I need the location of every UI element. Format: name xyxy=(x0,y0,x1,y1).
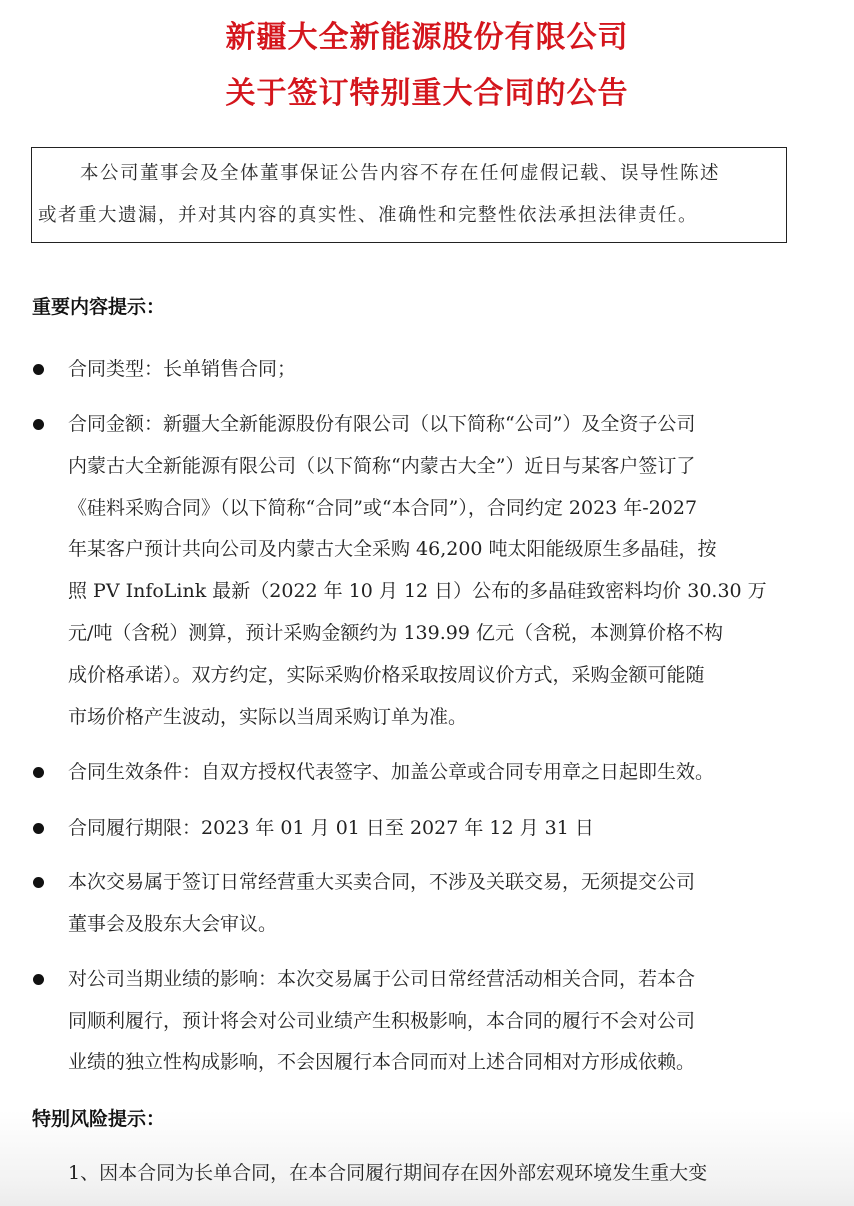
bullet-icon xyxy=(33,974,44,985)
contract-amount-line-4: 年某客户预计共向公司及内蒙古大全采购 46,200 吨太阳能级原生多晶硅，按 xyxy=(68,536,717,562)
contract-amount-line-1: 合同金额：新疆大全新能源股份有限公司（以下简称“公司”）及全资子公司 xyxy=(68,411,695,437)
bullet-icon xyxy=(33,877,44,888)
contract-amount-line-2: 内蒙古大全新能源有限公司（以下简称“内蒙古大全”）近日与某客户签订了 xyxy=(68,453,695,479)
effective-conditions-line: 合同生效条件：自双方授权代表签字、加盖公章或合同专用章之日起即生效。 xyxy=(68,759,714,785)
important-content-heading: 重要内容提示： xyxy=(32,294,165,320)
board-guarantee-notice-box: 本公司董事会及全体董事保证公告内容不存在任何虚假记载、误导性陈述 或者重大遗漏，… xyxy=(31,147,787,243)
transaction-nature-line-1: 本次交易属于签订日常经营重大买卖合同，不涉及关联交易，无须提交公司 xyxy=(68,869,695,895)
contract-amount-line-3: 《硅料采购合同》（以下简称“合同”或“本合同”），合同约定 2023 年-202… xyxy=(68,495,697,521)
document-page: 新疆大全新能源股份有限公司 关于签订特别重大合同的公告 本公司董事会及全体董事保… xyxy=(0,0,854,1206)
company-name-title: 新疆大全新能源股份有限公司 xyxy=(0,18,854,58)
contract-amount-line-6: 元/吨（含税）测算，预计采购金额约为 139.99 亿元（含税，本测算价格不构 xyxy=(68,620,723,646)
bullet-icon xyxy=(33,767,44,778)
contract-type-line: 合同类型：长单销售合同； xyxy=(68,356,296,382)
performance-impact-line-1: 对公司当期业绩的影响：本次交易属于公司日常经营活动相关合同，若本合 xyxy=(68,966,695,992)
performance-impact-line-2: 同顺利履行，预计将会对公司业绩产生积极影响，本合同的履行不会对公司 xyxy=(68,1008,695,1034)
notice-line-1: 本公司董事会及全体董事保证公告内容不存在任何虚假记载、误导性陈述 xyxy=(80,162,720,186)
performance-impact-line-3: 业绩的独立性构成影响，不会因履行本合同而对上述合同相对方形成依赖。 xyxy=(68,1049,695,1075)
notice-line-2: 或者重大遗漏，并对其内容的真实性、准确性和完整性依法承担法律责任。 xyxy=(38,204,698,228)
contract-amount-line-5: 照 PV InfoLink 最新（2022 年 10 月 12 日）公布的多晶硅… xyxy=(68,578,767,604)
contract-amount-line-8: 市场价格产生波动，实际以当周采购订单为准。 xyxy=(68,704,467,730)
announcement-title: 关于签订特别重大合同的公告 xyxy=(0,74,854,114)
transaction-nature-line-2: 董事会及股东大会审议。 xyxy=(68,911,277,937)
bullet-icon xyxy=(33,823,44,834)
bullet-icon xyxy=(33,419,44,430)
special-risk-heading: 特别风险提示： xyxy=(32,1106,165,1132)
performance-period-line: 合同履行期限：2023 年 01 月 01 日至 2027 年 12 月 31 … xyxy=(68,815,594,841)
bullet-icon xyxy=(33,364,44,375)
risk-item-1-line: 1、因本合同为长单合同，在本合同履行期间存在因外部宏观环境发生重大变 xyxy=(68,1160,707,1186)
contract-amount-line-7: 成价格承诺）。双方约定，实际采购价格采取按周议价方式，采购金额可能随 xyxy=(68,662,705,688)
